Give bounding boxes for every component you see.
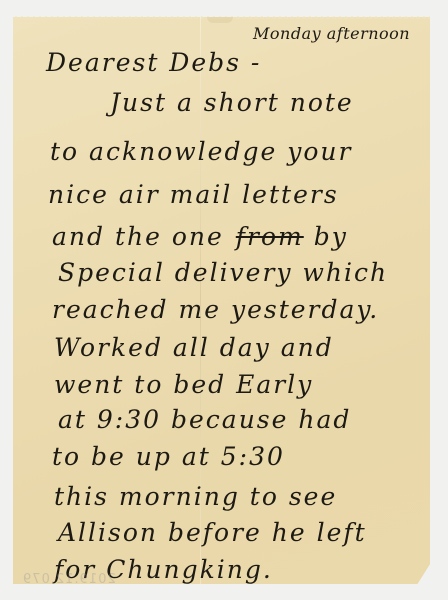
letter-line-6: reached me yesterday. (52, 295, 379, 324)
letter-line-7: Worked all day and (54, 333, 334, 362)
paper-tear-notch (207, 17, 233, 23)
letter-line-12: Allison before he left (58, 518, 367, 547)
dateline: Monday afternoon (253, 24, 410, 43)
salutation: Dearest Debs - (46, 48, 261, 77)
letter-line-3: nice air mail letters (48, 180, 339, 209)
letter-line-5: Special delivery which (58, 258, 388, 287)
letter-line-4-text: and the one (52, 222, 224, 251)
letter-line-2: to acknowledge your (50, 137, 352, 166)
struck-word: from (236, 222, 304, 251)
letter-line-9: at 9:30 because had (58, 405, 351, 434)
letter-line-11: this morning to see (54, 482, 337, 511)
archive-watermark: 2019.12.079 (22, 572, 116, 587)
letter-line-10: to be up at 5:30 (52, 442, 285, 471)
letter-line-4-end: by (314, 222, 348, 251)
letter-line-8: went to bed Early (54, 370, 313, 399)
letter-line-1: Just a short note (110, 88, 354, 117)
letter-line-4: and the onefrom by (52, 222, 348, 251)
